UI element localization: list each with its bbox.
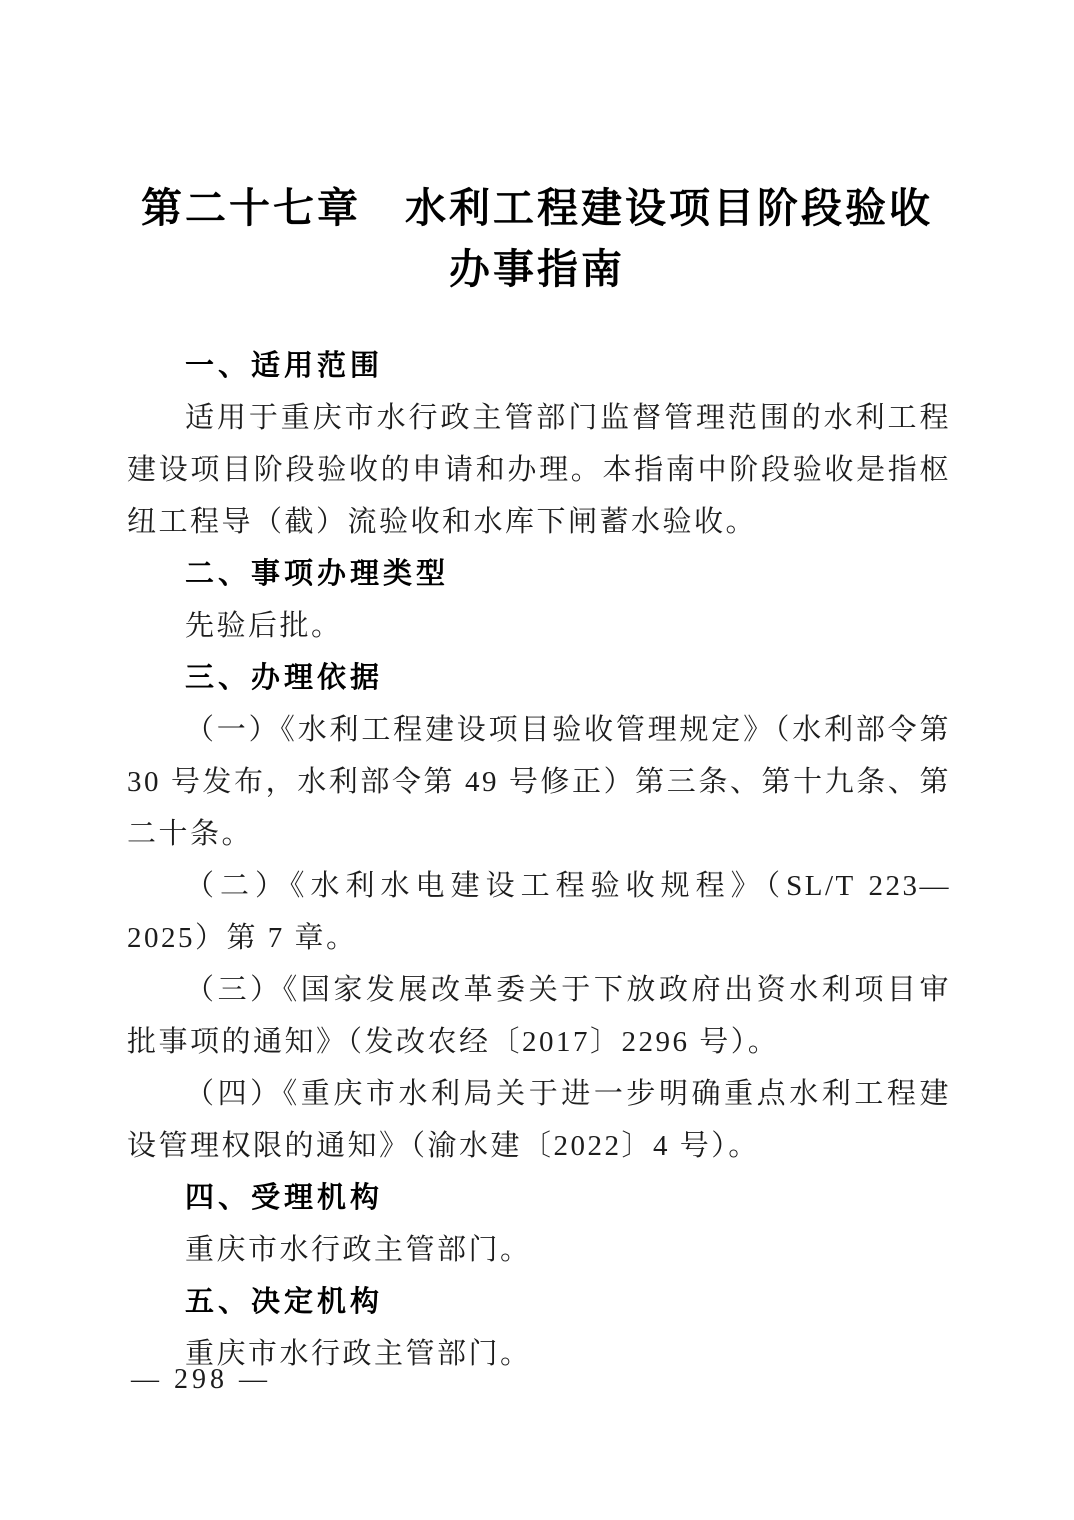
document-page: 第二十七章 水利工程建设项目阶段验收 办事指南 一、适用范围 适用于重庆市水行政… <box>0 0 1074 1520</box>
paragraph-processing-type: 先验后批。 <box>127 600 951 652</box>
heading-processing-type: 二、事项办理类型 <box>127 548 951 600</box>
chapter-title-line-1: 第二十七章 水利工程建设项目阶段验收 <box>0 178 1074 239</box>
heading-legal-basis: 三、办理依据 <box>127 652 951 704</box>
paragraph-legal-basis-3: （三）《国家发展改革委关于下放政府出资水利项目审批事项的通知》（发改农经〔201… <box>127 964 951 1068</box>
heading-accepting-authority: 四、受理机构 <box>127 1172 951 1224</box>
paragraph-legal-basis-4: （四）《重庆市水利局关于进一步明确重点水利工程建设管理权限的通知》（渝水建〔20… <box>127 1068 951 1172</box>
heading-applicable-scope: 一、适用范围 <box>127 340 951 392</box>
paragraph-applicable-scope: 适用于重庆市水行政主管部门监督管理范围的水利工程建设项目阶段验收的申请和办理。本… <box>127 392 951 548</box>
document-body: 一、适用范围 适用于重庆市水行政主管部门监督管理范围的水利工程建设项目阶段验收的… <box>0 340 1074 1380</box>
paragraph-legal-basis-1: （一）《水利工程建设项目验收管理规定》（水利部令第 30 号发布，水利部令第 4… <box>127 704 951 860</box>
paragraph-accepting-authority: 重庆市水行政主管部门。 <box>127 1224 951 1276</box>
chapter-title-line-2: 办事指南 <box>0 239 1074 300</box>
heading-deciding-authority: 五、决定机构 <box>127 1276 951 1328</box>
paragraph-legal-basis-2: （二）《水利水电建设工程验收规程》（SL/T 223—2025）第 7 章。 <box>127 860 951 964</box>
chapter-title: 第二十七章 水利工程建设项目阶段验收 办事指南 <box>0 0 1074 300</box>
page-number: — 298 — <box>131 1364 271 1396</box>
